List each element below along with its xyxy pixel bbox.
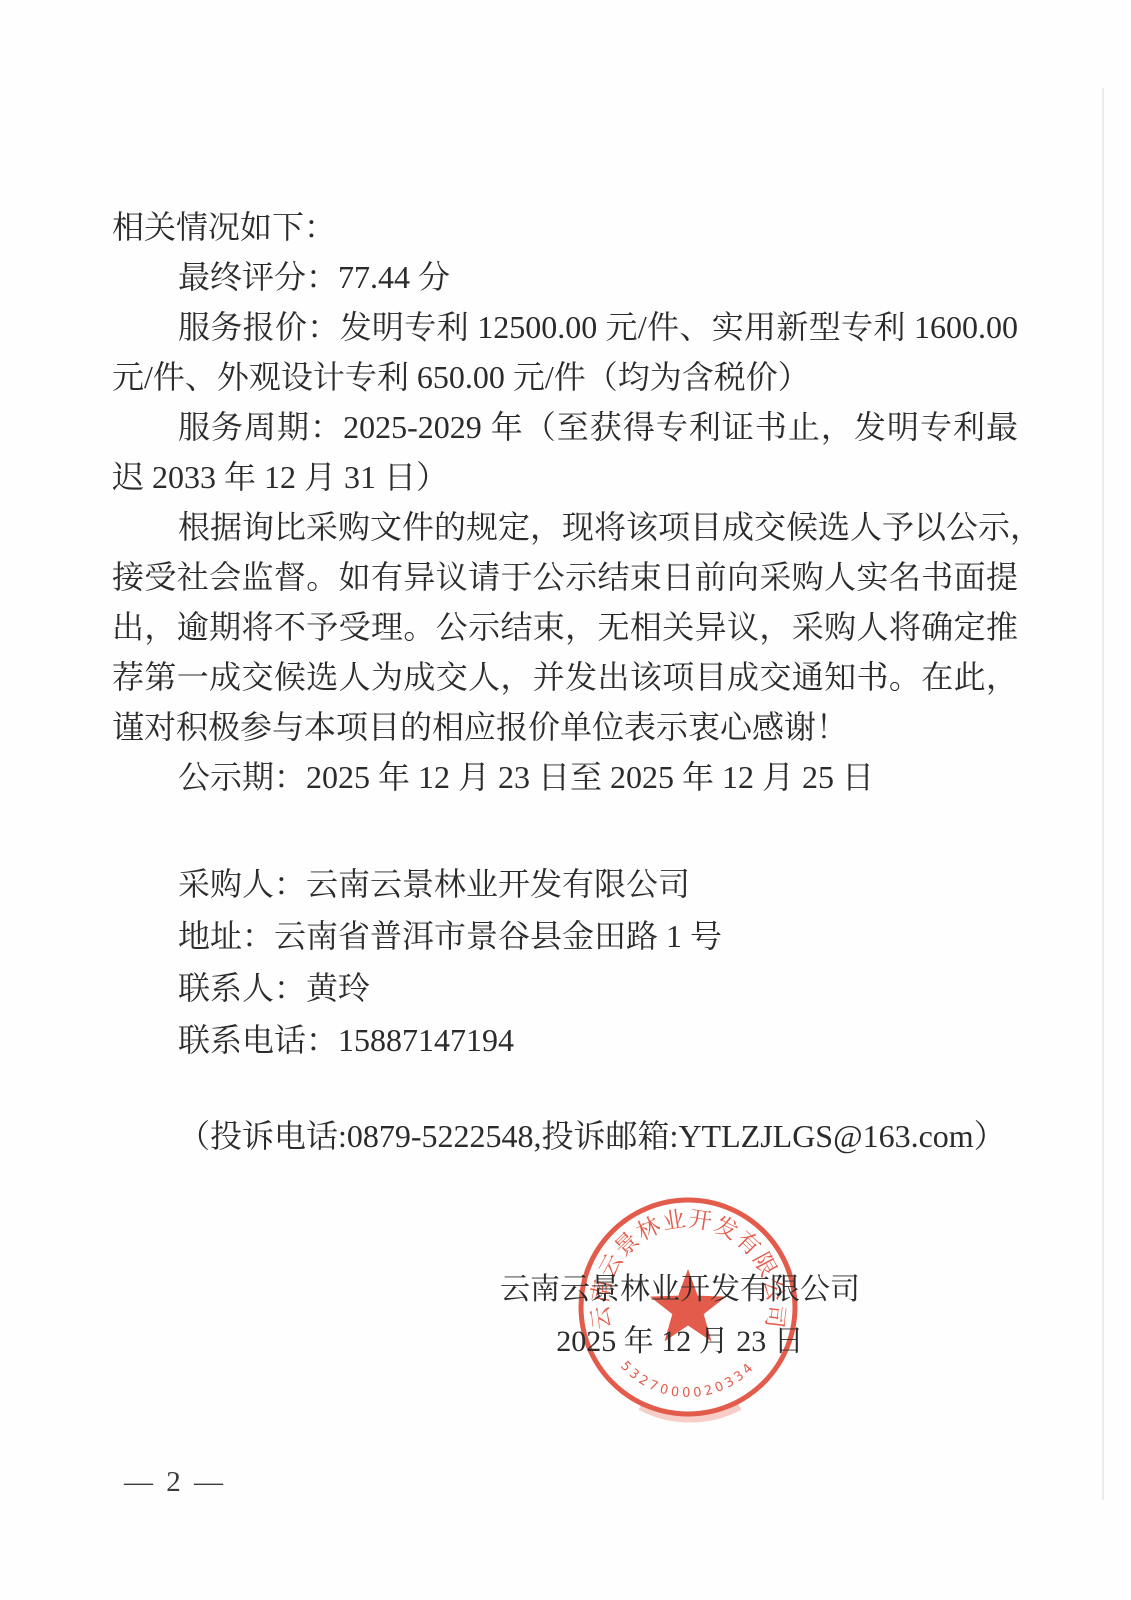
contact-line: 联系人：黄玲 xyxy=(112,962,1018,1014)
complaint-contact-line: （投诉电话:0879-5222548,投诉邮箱:YTLZJLGS@163.com… xyxy=(178,1115,1078,1157)
contact-line: 联系电话：15887147194 xyxy=(112,1014,1018,1066)
svg-text:5327000020334: 5327000020334 xyxy=(617,1359,758,1401)
stamp-serial-number: 5327000020334 xyxy=(617,1359,758,1401)
paragraph-line: 最终评分：77.44 分 xyxy=(112,252,1018,302)
signature-company-name: 云南云景林业开发有限公司 xyxy=(430,1272,930,1308)
paragraph-line: 出，逾期将不予受理。公示结束，无相关异议，采购人将确定推 xyxy=(112,602,1018,652)
announcement-body: 相关情况如下： 最终评分：77.44 分 服务报价：发明专利 12500.00 … xyxy=(112,202,1018,802)
scan-edge-artifact xyxy=(1102,88,1104,1500)
paragraph-line: 迟 2033 年 12 月 31 日） xyxy=(112,452,1018,502)
paragraph-line: 根据询比采购文件的规定，现将该项目成交候选人予以公示， xyxy=(112,502,1018,552)
page-number: — 2 — xyxy=(124,1464,226,1500)
paragraph-line: 接受社会监督。如有异议请于公示结束日前向采购人实名书面提 xyxy=(112,552,1018,602)
contact-line: 地址：云南省普洱市景谷县金田路 1 号 xyxy=(112,910,1018,962)
contact-line: 采购人：云南云景林业开发有限公司 xyxy=(112,858,1018,910)
paragraph-line: 相关情况如下： xyxy=(112,202,1018,252)
paragraph-line: 谨对积极参与本项目的相应报价单位表示衷心感谢！ xyxy=(112,702,1018,752)
paragraph-line: 公示期：2025 年 12 月 23 日至 2025 年 12 月 25 日 xyxy=(112,752,1018,802)
paragraph-line: 荐第一成交候选人为成交人，并发出该项目成交通知书。在此， xyxy=(112,652,1018,702)
paragraph-line: 元/件、外观设计专利 650.00 元/件（均为含税价） xyxy=(112,352,1018,402)
paragraph-line: 服务周期：2025-2029 年（至获得专利证书止，发明专利最 xyxy=(112,402,1018,452)
purchaser-contact-block: 采购人：云南云景林业开发有限公司 地址：云南省普洱市景谷县金田路 1 号 联系人… xyxy=(112,858,1018,1066)
paragraph-line: 服务报价：发明专利 12500.00 元/件、实用新型专利 1600.00 xyxy=(112,302,1018,352)
scanned-document-page: 相关情况如下： 最终评分：77.44 分 服务报价：发明专利 12500.00 … xyxy=(0,0,1131,1600)
signature-date: 2025 年 12 月 23 日 xyxy=(430,1324,930,1360)
